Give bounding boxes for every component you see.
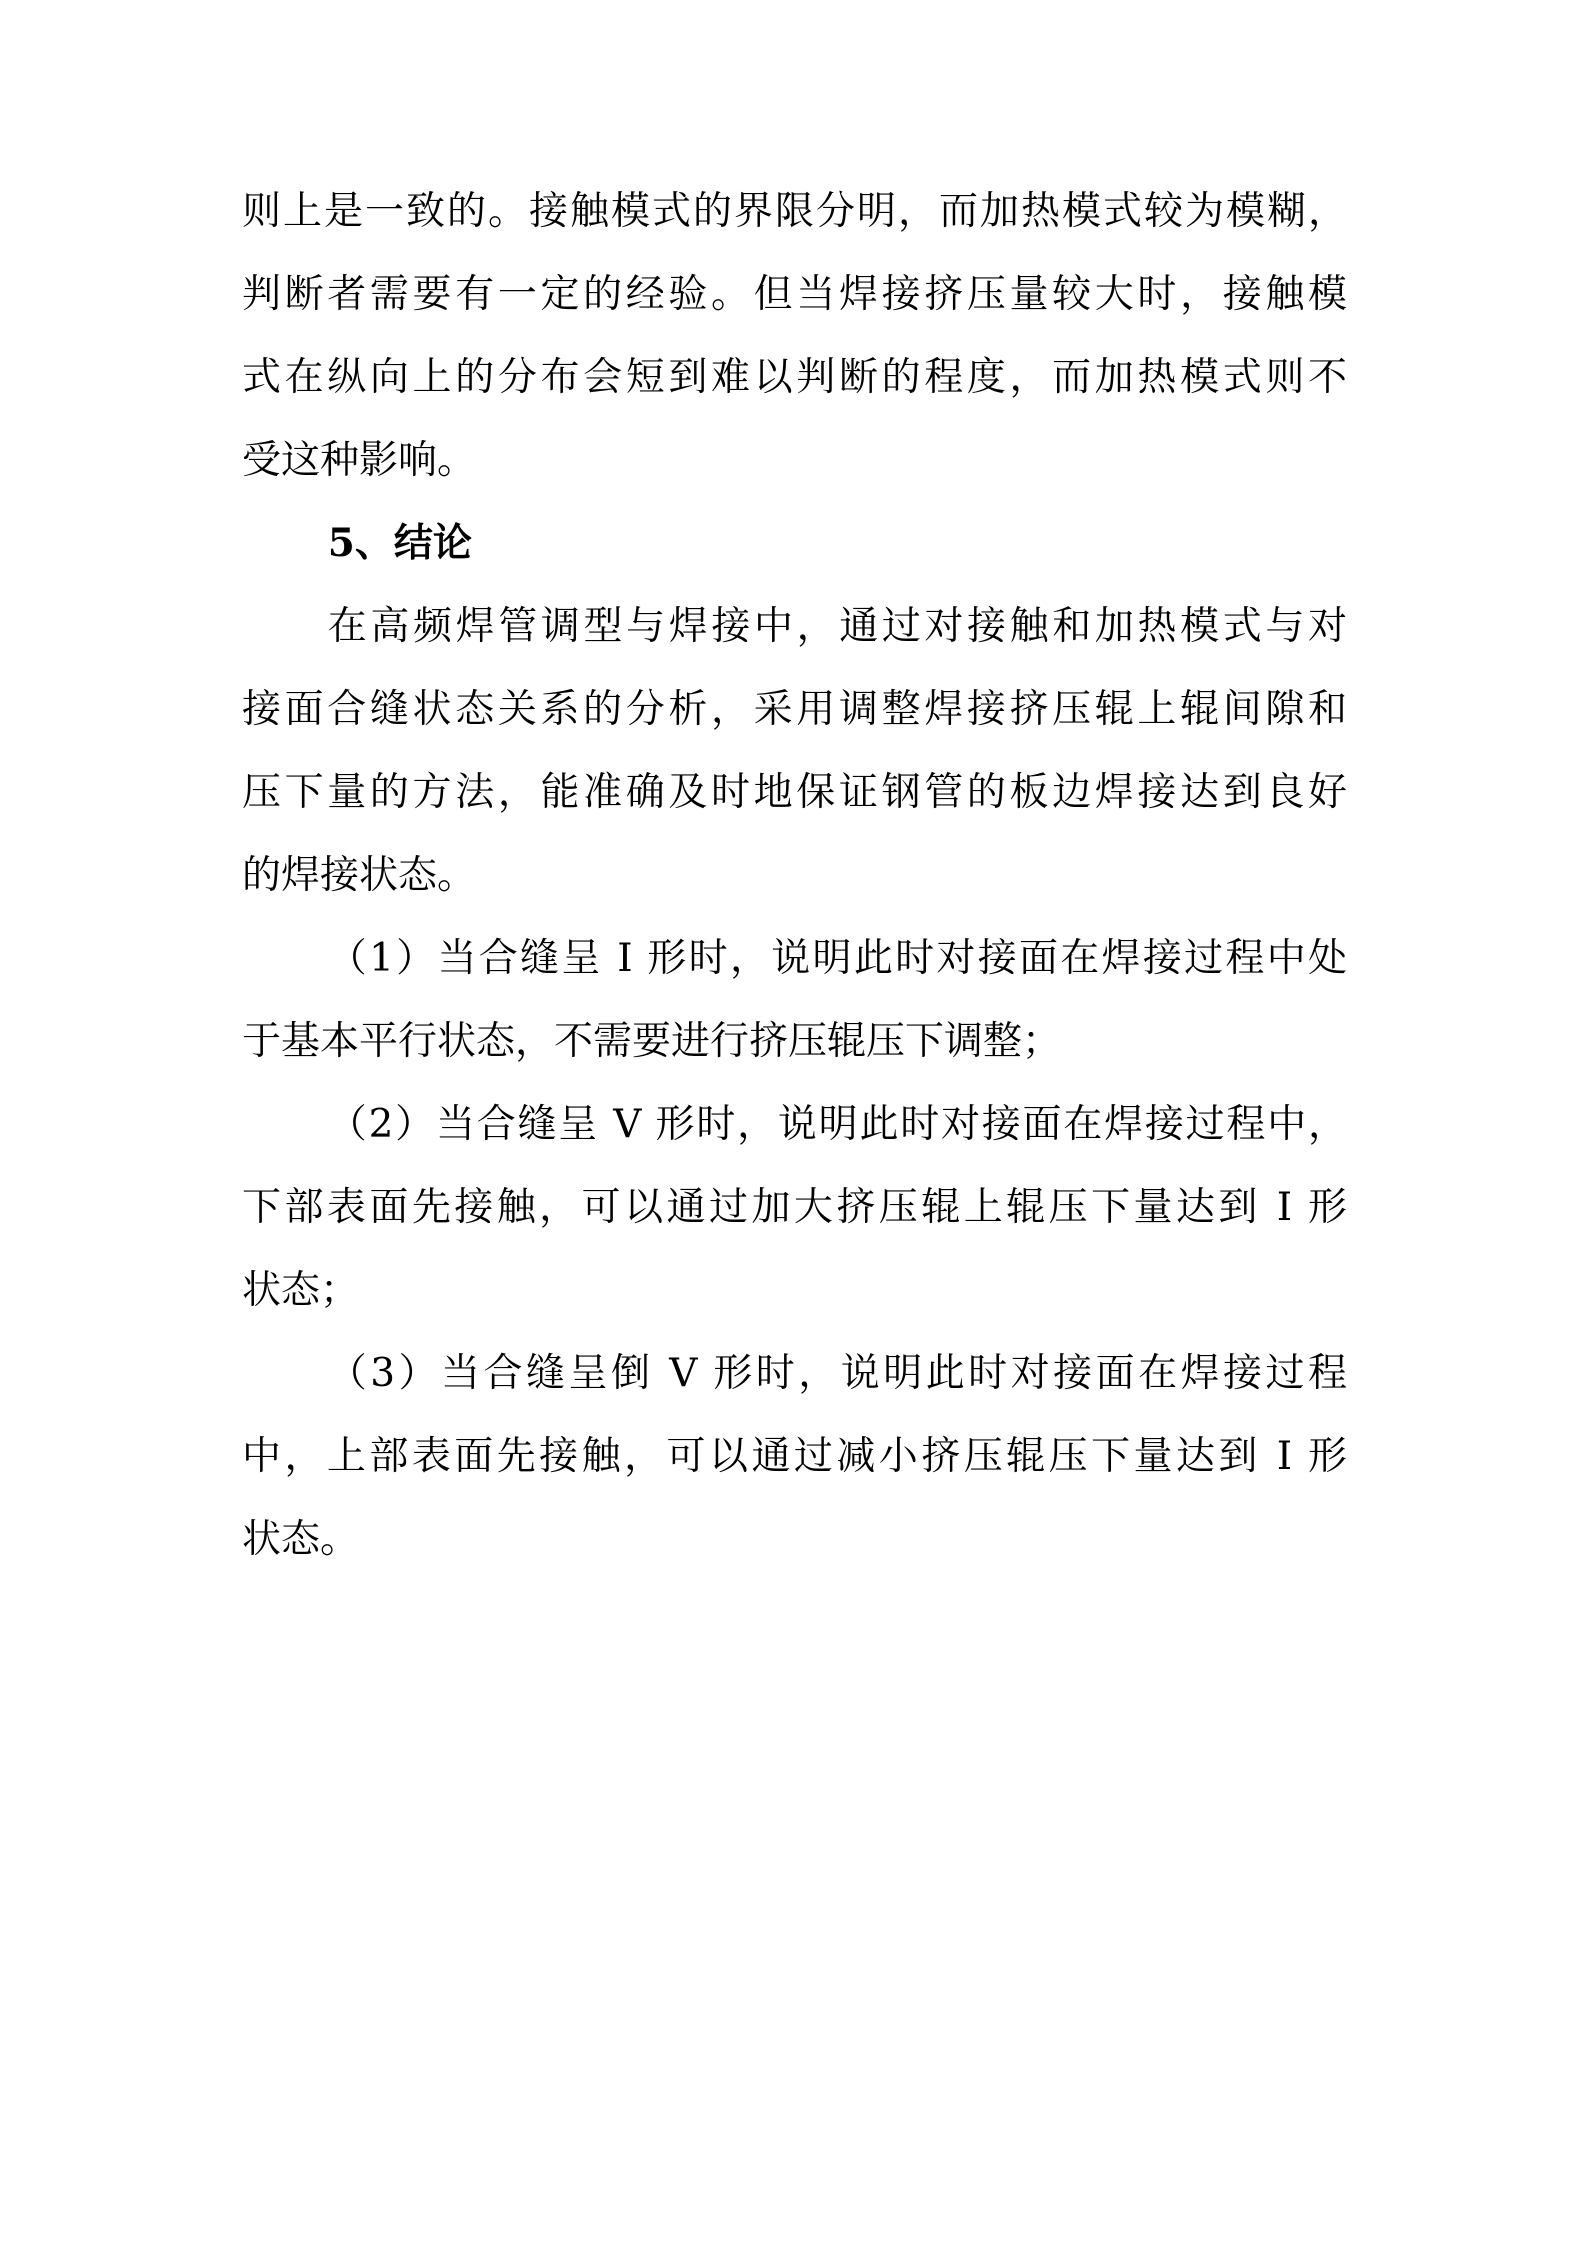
text-line: 状态； <box>242 1249 1347 1332</box>
text-line: （2）当合缝呈 V 形时，说明此时对接面在焊接过程中， <box>242 1083 1347 1166</box>
paragraph: （2）当合缝呈 V 形时，说明此时对接面在焊接过程中，下部表面先接触，可以通过加… <box>242 1083 1347 1332</box>
text-line: 受这种影响。 <box>242 419 1347 502</box>
text-line: 状态。 <box>242 1498 1347 1581</box>
text-line: 在高频焊管调型与焊接中，通过对接触和加热模式与对 <box>242 585 1347 668</box>
text-line: （3）当合缝呈倒 V 形时，说明此时对接面在焊接过程 <box>242 1332 1347 1415</box>
text-line: 则上是一致的。接触模式的界限分明，而加热模式较为模糊， <box>242 170 1347 253</box>
text-line: 压下量的方法，能准确及时地保证钢管的板边焊接达到良好 <box>242 751 1347 834</box>
text-line: （1）当合缝呈 I 形时，说明此时对接面在焊接过程中处 <box>242 917 1347 1000</box>
text-line: 的焊接状态。 <box>242 834 1347 917</box>
text-line: 判断者需要有一定的经验。但当焊接挤压量较大时，接触模 <box>242 253 1347 336</box>
text-line: 中，上部表面先接触，可以通过减小挤压辊压下量达到 I 形 <box>242 1415 1347 1498</box>
paragraph: 则上是一致的。接触模式的界限分明，而加热模式较为模糊，判断者需要有一定的经验。但… <box>242 170 1347 502</box>
text-line: 下部表面先接触，可以通过加大挤压辊上辊压下量达到 I 形 <box>242 1166 1347 1249</box>
document-page: 则上是一致的。接触模式的界限分明，而加热模式较为模糊，判断者需要有一定的经验。但… <box>0 0 1587 2245</box>
section-heading: 5、结论 <box>242 502 1347 585</box>
text-line: 接面合缝状态关系的分析，采用调整焊接挤压辊上辊间隙和 <box>242 668 1347 751</box>
section-heading-paragraph: 5、结论 <box>242 502 1347 585</box>
text-line: 式在纵向上的分布会短到难以判断的程度，而加热模式则不 <box>242 336 1347 419</box>
text-line: 于基本平行状态，不需要进行挤压辊压下调整； <box>242 1000 1347 1083</box>
paragraph: （3）当合缝呈倒 V 形时，说明此时对接面在焊接过程中，上部表面先接触，可以通过… <box>242 1332 1347 1581</box>
paragraph: （1）当合缝呈 I 形时，说明此时对接面在焊接过程中处于基本平行状态，不需要进行… <box>242 917 1347 1083</box>
document-body: 则上是一致的。接触模式的界限分明，而加热模式较为模糊，判断者需要有一定的经验。但… <box>242 170 1347 1581</box>
paragraph: 在高频焊管调型与焊接中，通过对接触和加热模式与对接面合缝状态关系的分析，采用调整… <box>242 585 1347 917</box>
